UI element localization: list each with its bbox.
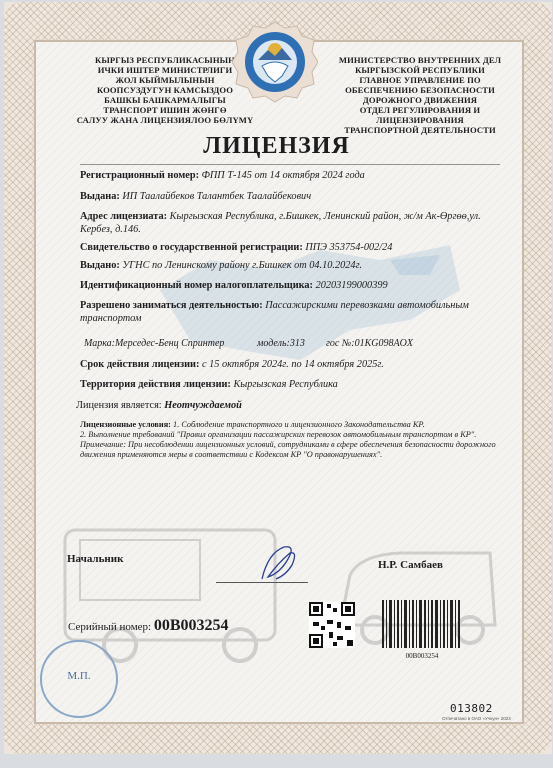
header-line: МИНИСТЕРСТВО ВНУТРЕННИХ ДЕЛ	[320, 55, 520, 65]
official-stamp: М.П.	[40, 640, 118, 718]
field-value: ППЭ 353754-002/24	[305, 242, 392, 253]
license-conditions: Лицензионные условия: 1. Соблюдение тран…	[80, 420, 500, 460]
field-tax-id: Идентификационный номер налогоплательщик…	[80, 279, 500, 292]
conditions-label: Лицензионные условия:	[80, 420, 171, 429]
field-label: Идентификационный номер налогоплательщик…	[80, 280, 313, 291]
header-line: ТРАНСПОРТ ИШИН ЖӨНГӨ	[60, 105, 270, 115]
field-value: с 15 октября 2024г. по 14 октября 2025г.	[202, 359, 384, 370]
field-license-status: Лицензия является: Неотчуждаемой	[76, 399, 496, 412]
condition-item: 2. Выполнение требований "Правил организ…	[80, 430, 476, 439]
title-divider	[80, 164, 500, 165]
field-label: Выдана:	[80, 191, 120, 202]
field-registration-number: Регистрационный номер: ФПП Т-145 от 14 о…	[80, 169, 500, 182]
qr-code-icon	[309, 602, 355, 648]
header-russian: МИНИСТЕРСТВО ВНУТРЕННИХ ДЕЛ КЫРГЫЗСКОЙ Р…	[320, 55, 520, 135]
field-issued-by: Выдано: УГНС по Ленинскому району г.Бишк…	[80, 259, 500, 272]
signature-icon	[258, 543, 300, 583]
header-line: ЛИЦЕНЗИРОВАНИЯ	[320, 115, 520, 125]
field-value: Неотчуждаемой	[164, 400, 242, 411]
signature-line	[216, 582, 308, 583]
serial-value: 00B003254	[154, 617, 229, 634]
document-title: ЛИЦЕНЗИЯ	[0, 133, 553, 160]
vehicle-brand: Марка:Мерседес-Бенц Спринтер	[84, 338, 224, 349]
serial-number: Серийный номер: 00B003254	[68, 617, 229, 635]
field-value: ФПП Т-145 от 14 октября 2024 года	[202, 170, 365, 181]
field-activity: Разрешено заниматься деятельностью: Пасс…	[80, 299, 500, 325]
header-line: ГЛАВНОЕ УПРАВЛЕНИЕ ПО	[320, 75, 520, 85]
field-label: Территория действия лицензии:	[80, 379, 231, 390]
header-line: САЛУУ ЖАНА ЛИЦЕНЗИЯЛОО БӨЛҮМҮ	[60, 115, 270, 125]
serial-label: Серийный номер:	[68, 621, 151, 633]
barcode-icon	[382, 600, 462, 648]
field-value: Кыргызская Республика	[233, 379, 337, 390]
barcode-text: 00B003254	[382, 652, 462, 660]
field-address: Адрес лицензиата: Кыргызская Республика,…	[80, 210, 500, 236]
field-state-registration: Свидетельство о государственной регистра…	[80, 241, 500, 254]
field-label: Адрес лицензиата:	[80, 211, 167, 222]
header-line: ОТДЕЛ РЕГУЛИРОВАНИЯ И	[320, 105, 520, 115]
field-label: Разрешено заниматься деятельностью:	[80, 300, 263, 311]
field-value: УГНС по Ленинскому району г.Бишкек от 04…	[122, 260, 362, 271]
form-number: 013802	[450, 702, 493, 715]
field-label: Лицензия является:	[76, 400, 162, 411]
vehicle-plate: гос №:01KG098AOX	[326, 338, 413, 349]
signatory-position: Начальник	[67, 553, 123, 565]
condition-item: 1. Соблюдение транспортного и лицензионн…	[173, 420, 425, 429]
printer-note: Отпечатано в ОАО «Учкун» 2023	[442, 716, 511, 721]
header-line: ОБЕСПЕЧЕНИЮ БЕЗОПАСНОСТИ	[320, 85, 520, 95]
kyrgyz-state-emblem-icon	[232, 20, 318, 104]
field-label: Свидетельство о государственной регистра…	[80, 242, 303, 253]
field-label: Выдано:	[80, 260, 120, 271]
field-validity: Срок действия лицензии: с 15 октября 202…	[80, 358, 500, 371]
header-line: КЫРГЫЗСКОЙ РЕСПУБЛИКИ	[320, 65, 520, 75]
conditions-note: Примечание: При несоблюдении лицензионны…	[80, 440, 496, 459]
stamp-text: М.П.	[42, 670, 116, 682]
field-issued-to: Выдана: ИП Таалайбеков Талантбек Таалайб…	[80, 190, 500, 203]
vehicle-model: модель:313	[257, 338, 305, 349]
field-territory: Территория действия лицензии: Кыргызская…	[80, 378, 500, 391]
field-value: ИП Таалайбеков Талантбек Таалайбекович	[122, 191, 311, 202]
field-label: Срок действия лицензии:	[80, 359, 199, 370]
signatory-name: Н.Р. Самбаев	[378, 559, 443, 571]
field-value: 20203199000399	[316, 280, 388, 291]
header-line: ДОРОЖНОГО ДВИЖЕНИЯ	[320, 95, 520, 105]
field-label: Регистрационный номер:	[80, 170, 199, 181]
